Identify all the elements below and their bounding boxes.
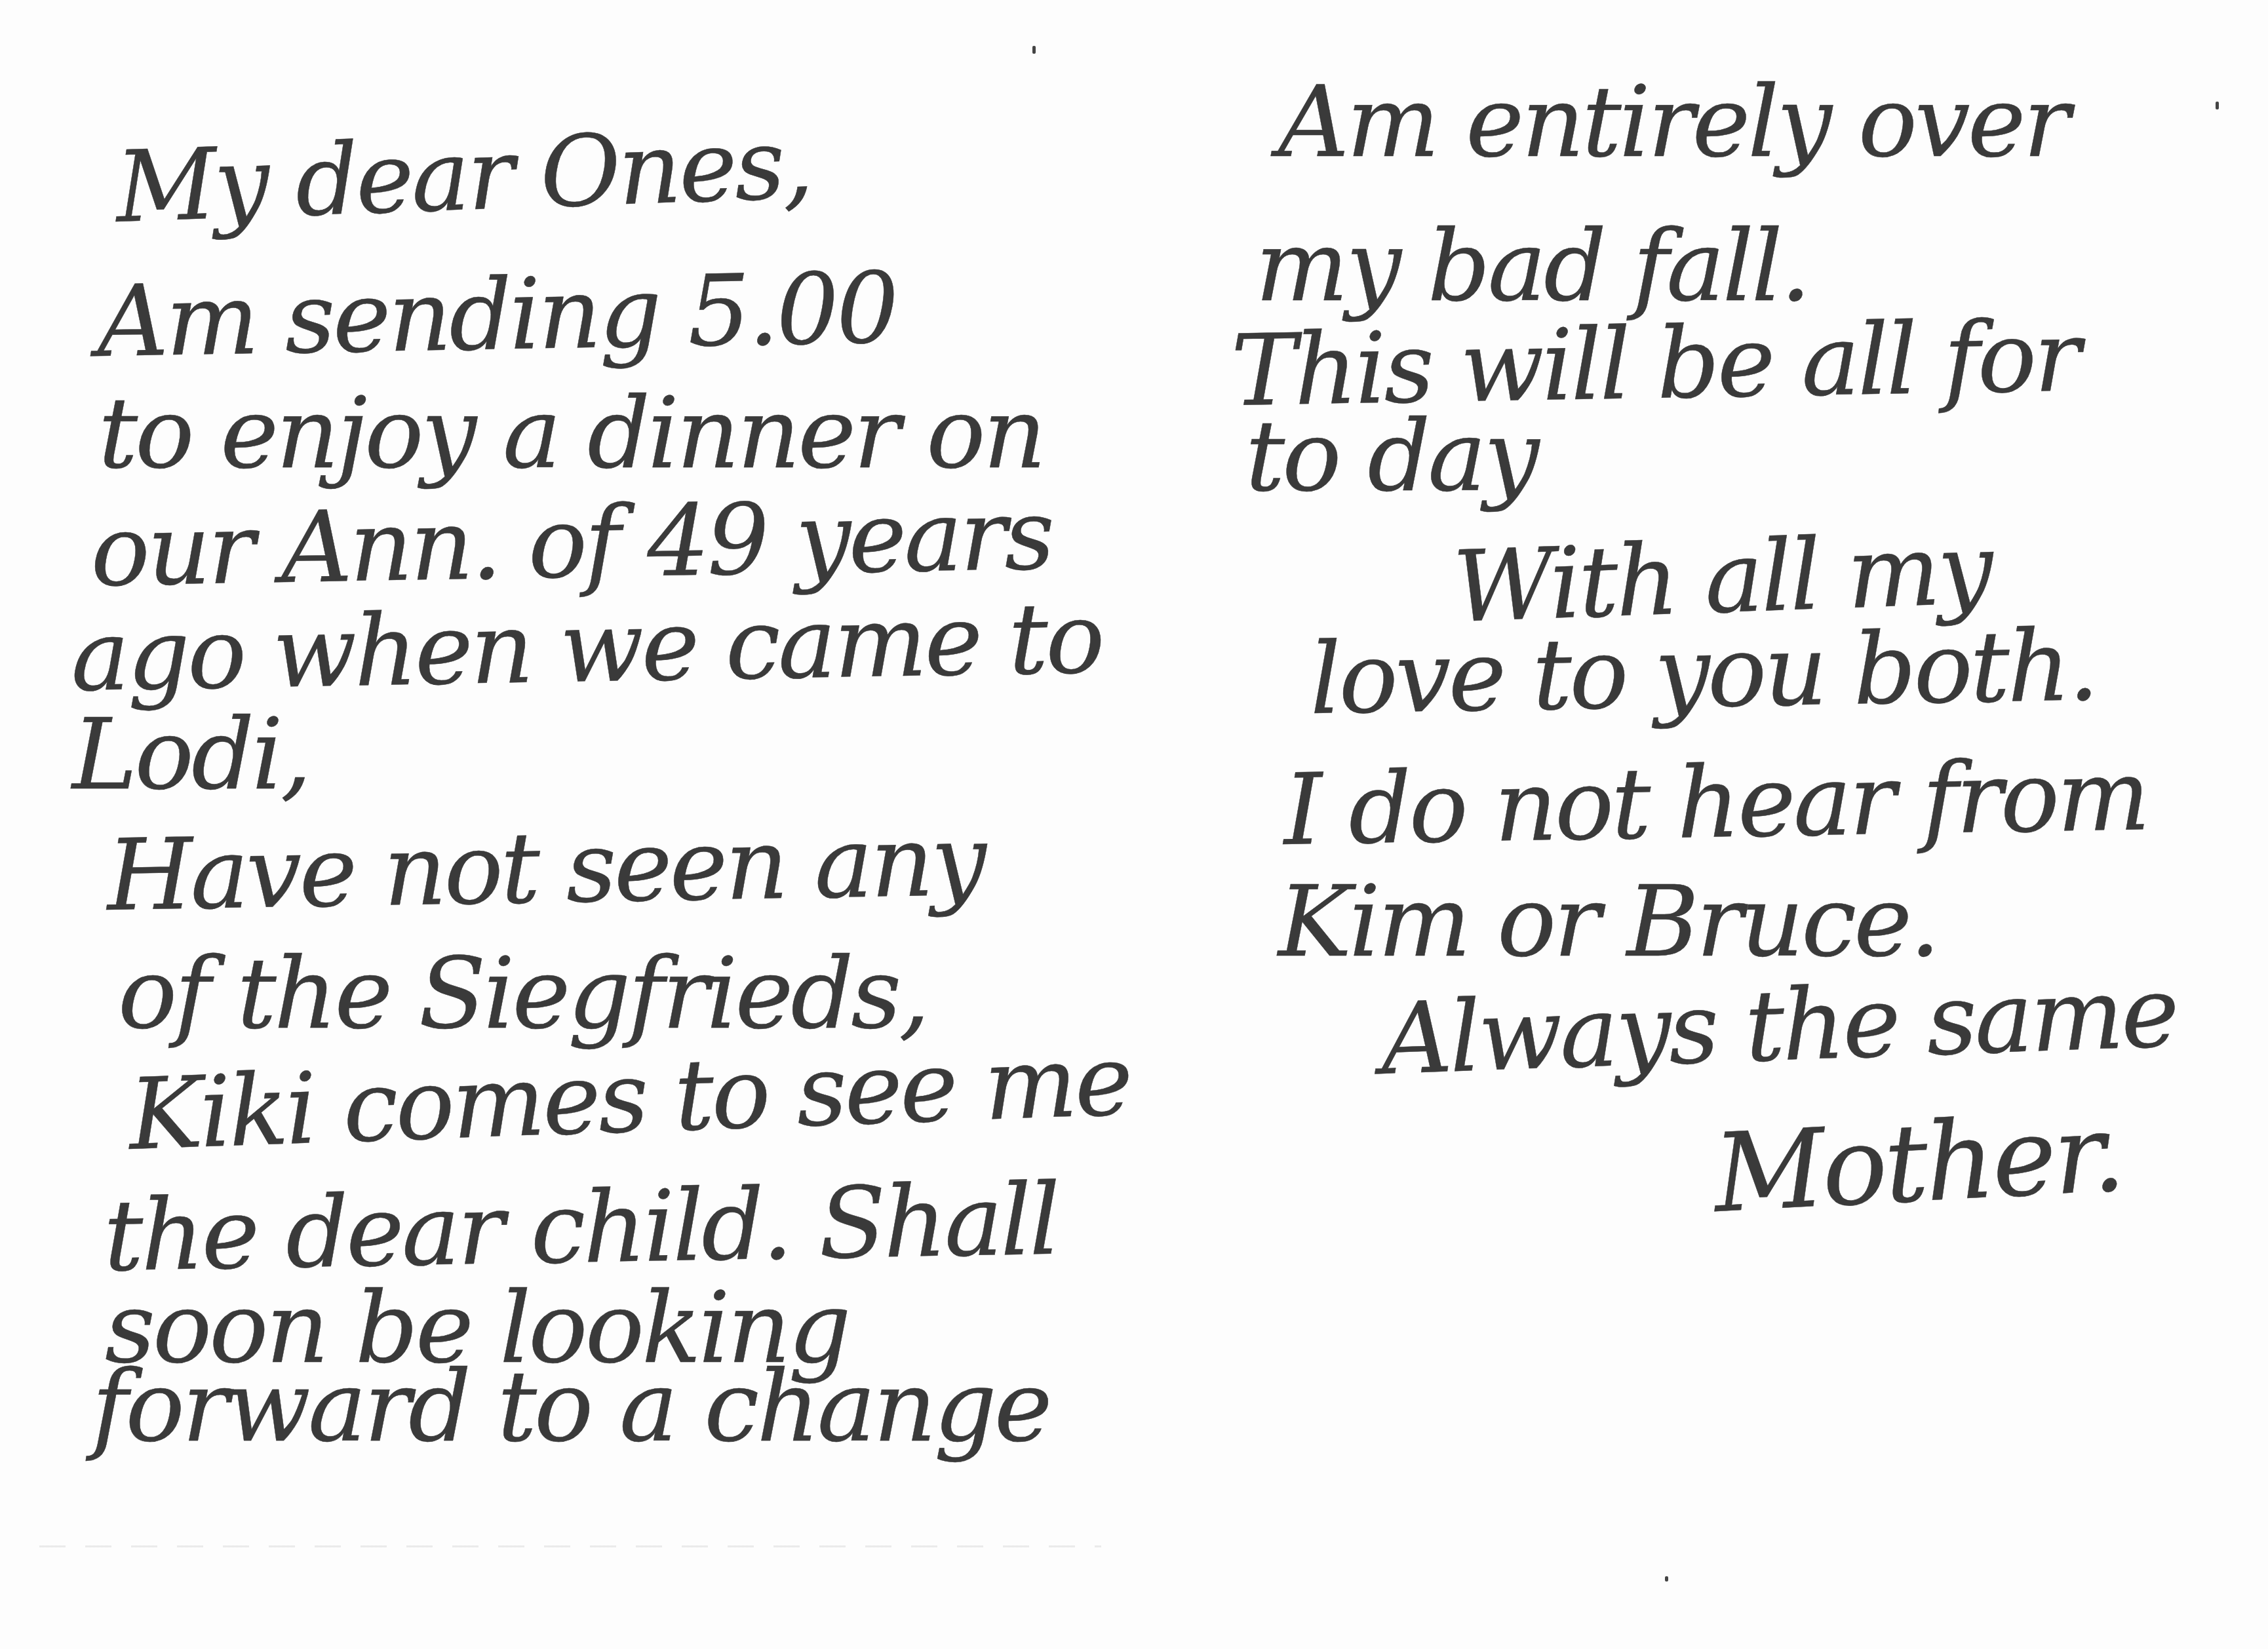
handwritten-line: Am entirely over <box>1278 66 2067 180</box>
handwritten-line: Kim or Bruce. <box>1278 865 1938 979</box>
handwritten-line: ago when we came to <box>70 582 1103 714</box>
ink-speck <box>2216 102 2219 109</box>
handwritten-line: Mother. <box>1711 1090 2126 1237</box>
handwritten-line: My dear Ones, <box>114 107 813 245</box>
handwritten-line: love to you both. <box>1309 609 2098 737</box>
handwritten-line: Am sending 5.00 <box>96 252 897 379</box>
handwritten-line: of the Siegfrieds, <box>118 937 928 1051</box>
ink-speck <box>1665 1576 1668 1581</box>
handwritten-line: to day <box>1245 400 1536 514</box>
ink-speck <box>1032 46 1036 54</box>
handwritten-line: to enjoy a dinner on <box>98 377 1044 491</box>
letter-page: My dear Ones,Am sending 5.00to enjoy a d… <box>0 0 2268 1649</box>
handwritten-line: Have not seen any <box>106 804 985 933</box>
scan-fold-line <box>39 1545 1101 1547</box>
handwritten-line: I do not hear from <box>1283 739 2149 868</box>
handwritten-line: forward to a change <box>92 1350 1050 1464</box>
handwritten-line: Lodi, <box>72 698 309 812</box>
